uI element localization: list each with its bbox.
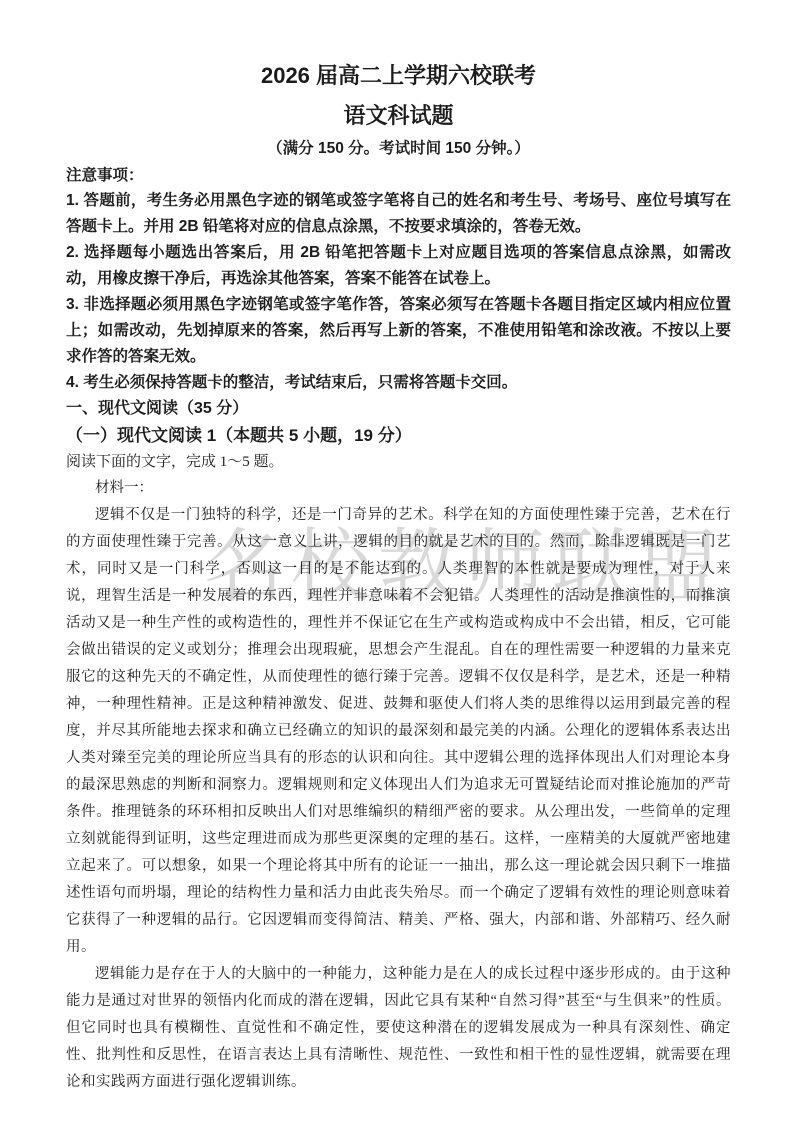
- notice-item-1: 1. 答题前，考生务必用黑色字迹的钢笔或签字笔将自己的姓名和考生号、考场号、座位…: [66, 188, 731, 240]
- notice-item-3: 3. 非选择题必须用黑色字迹钢笔或签字笔作答，答案必须写在答题卡各题目指定区域内…: [66, 292, 731, 370]
- notices-heading: 注意事项：: [66, 164, 731, 188]
- material-paragraph-2: 逻辑能力是存在于人的大脑中的一种能力，这种能力是在人的成长过程中逐步形成的。由于…: [66, 961, 731, 1096]
- notice-item-2: 2. 选择题每小题选出答案后，用 2B 铅笔把答题卡上对应题目选项的答案信息点涂…: [66, 240, 731, 292]
- exam-subject-title: 语文科试题: [66, 102, 731, 129]
- exam-title: 2026 届高二上学期六校联考: [66, 62, 731, 89]
- exam-paper-page: 名校教师联盟 2026 届高二上学期六校联考 语文科试题 （满分 150 分。考…: [0, 0, 794, 1123]
- notice-item-4: 4. 考生必须保持答题卡的整洁，考试结束后，只需将答题卡交回。: [66, 370, 731, 396]
- page-content: 2026 届高二上学期六校联考 语文科试题 （满分 150 分。考试时间 150…: [0, 0, 794, 1096]
- material-paragraph-1: 逻辑不仅是一门独特的科学，还是一门奇异的艺术。科学在知的方面使理性臻于完善，艺术…: [66, 502, 731, 961]
- subsection-heading-reading-1: （一）现代文阅读 1（本题共 5 小题，19 分）: [66, 422, 731, 449]
- exam-score-time-info: （满分 150 分。考试时间 150 分钟。）: [66, 138, 731, 159]
- section-heading-modern-reading: 一、现代文阅读（35 分）: [66, 396, 731, 422]
- material-one-label: 材料一：: [66, 475, 731, 502]
- reading-instruction: 阅读下面的文字，完成 1～5 题。: [66, 449, 731, 475]
